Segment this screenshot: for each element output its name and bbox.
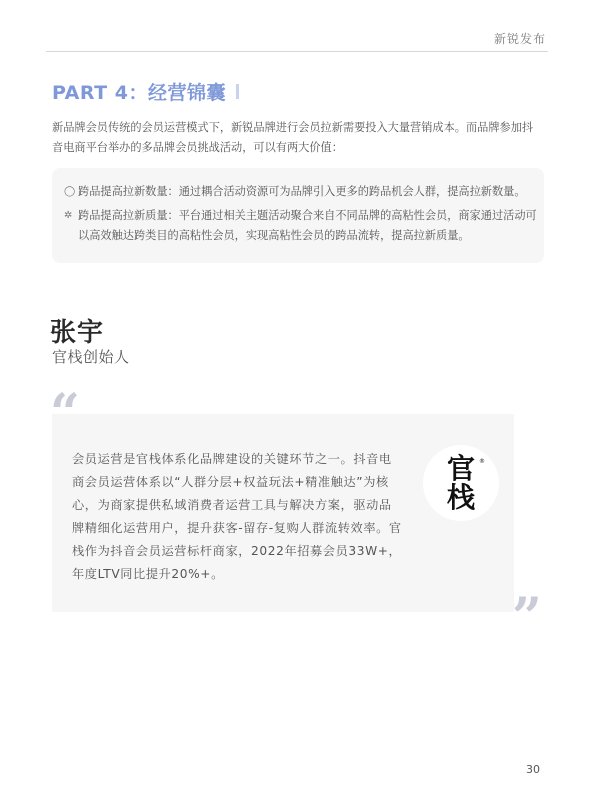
page-number: 30 (526, 763, 540, 776)
value-item-quantity: ◯ 跨品提高拉新数量：通过耦合活动资源可为品牌引入更多的跨品机会人群，提高拉新数… (64, 182, 538, 202)
header-section-label: 新锐发布 (494, 30, 546, 47)
logo-char-1: 官 (447, 454, 475, 483)
part-title-text: PART 4：经营锦囊 (52, 78, 226, 105)
quote-text: 会员运营是官栈体系化品牌建设的关键环节之一。抖音电商会员运营体系以“人群分层+权… (72, 448, 402, 586)
registered-mark-icon: ® (479, 458, 485, 465)
title-accent-bar (236, 84, 239, 99)
intro-paragraph: 新品牌会员传统的会员运营模式下，新锐品牌进行会员拉新需要投入大量营销成本。而品牌… (52, 118, 544, 158)
person-title: 官栈创始人 (52, 346, 130, 367)
header-divider (46, 51, 548, 52)
value-item-quality: ✲ 跨品提高拉新质量：平台通过相关主题活动聚合来自不同品牌的高粘性会员，商家通过… (64, 206, 538, 246)
logo-char-2: 栈 (447, 483, 475, 512)
close-quote-icon: ” (512, 592, 542, 644)
quote-box: 会员运营是官栈体系化品牌建设的关键环节之一。抖音电商会员运营体系以“人群分层+权… (52, 414, 514, 612)
gear-icon: ✲ (64, 206, 78, 226)
brand-logo: 官 栈 ® (423, 445, 499, 521)
value-box: ◯ 跨品提高拉新数量：通过耦合活动资源可为品牌引入更多的跨品机会人群，提高拉新数… (52, 168, 544, 263)
value-item-text: 跨品提高拉新数量：通过耦合活动资源可为品牌引入更多的跨品机会人群，提高拉新数量。 (78, 182, 538, 202)
part-title: PART 4：经营锦囊 (52, 78, 239, 105)
person-name: 张宇 (50, 312, 104, 349)
value-item-text: 跨品提高拉新质量：平台通过相关主题活动聚合来自不同品牌的高粘性会员，商家通过活动… (78, 206, 538, 246)
circle-outline-icon: ◯ (64, 182, 78, 202)
